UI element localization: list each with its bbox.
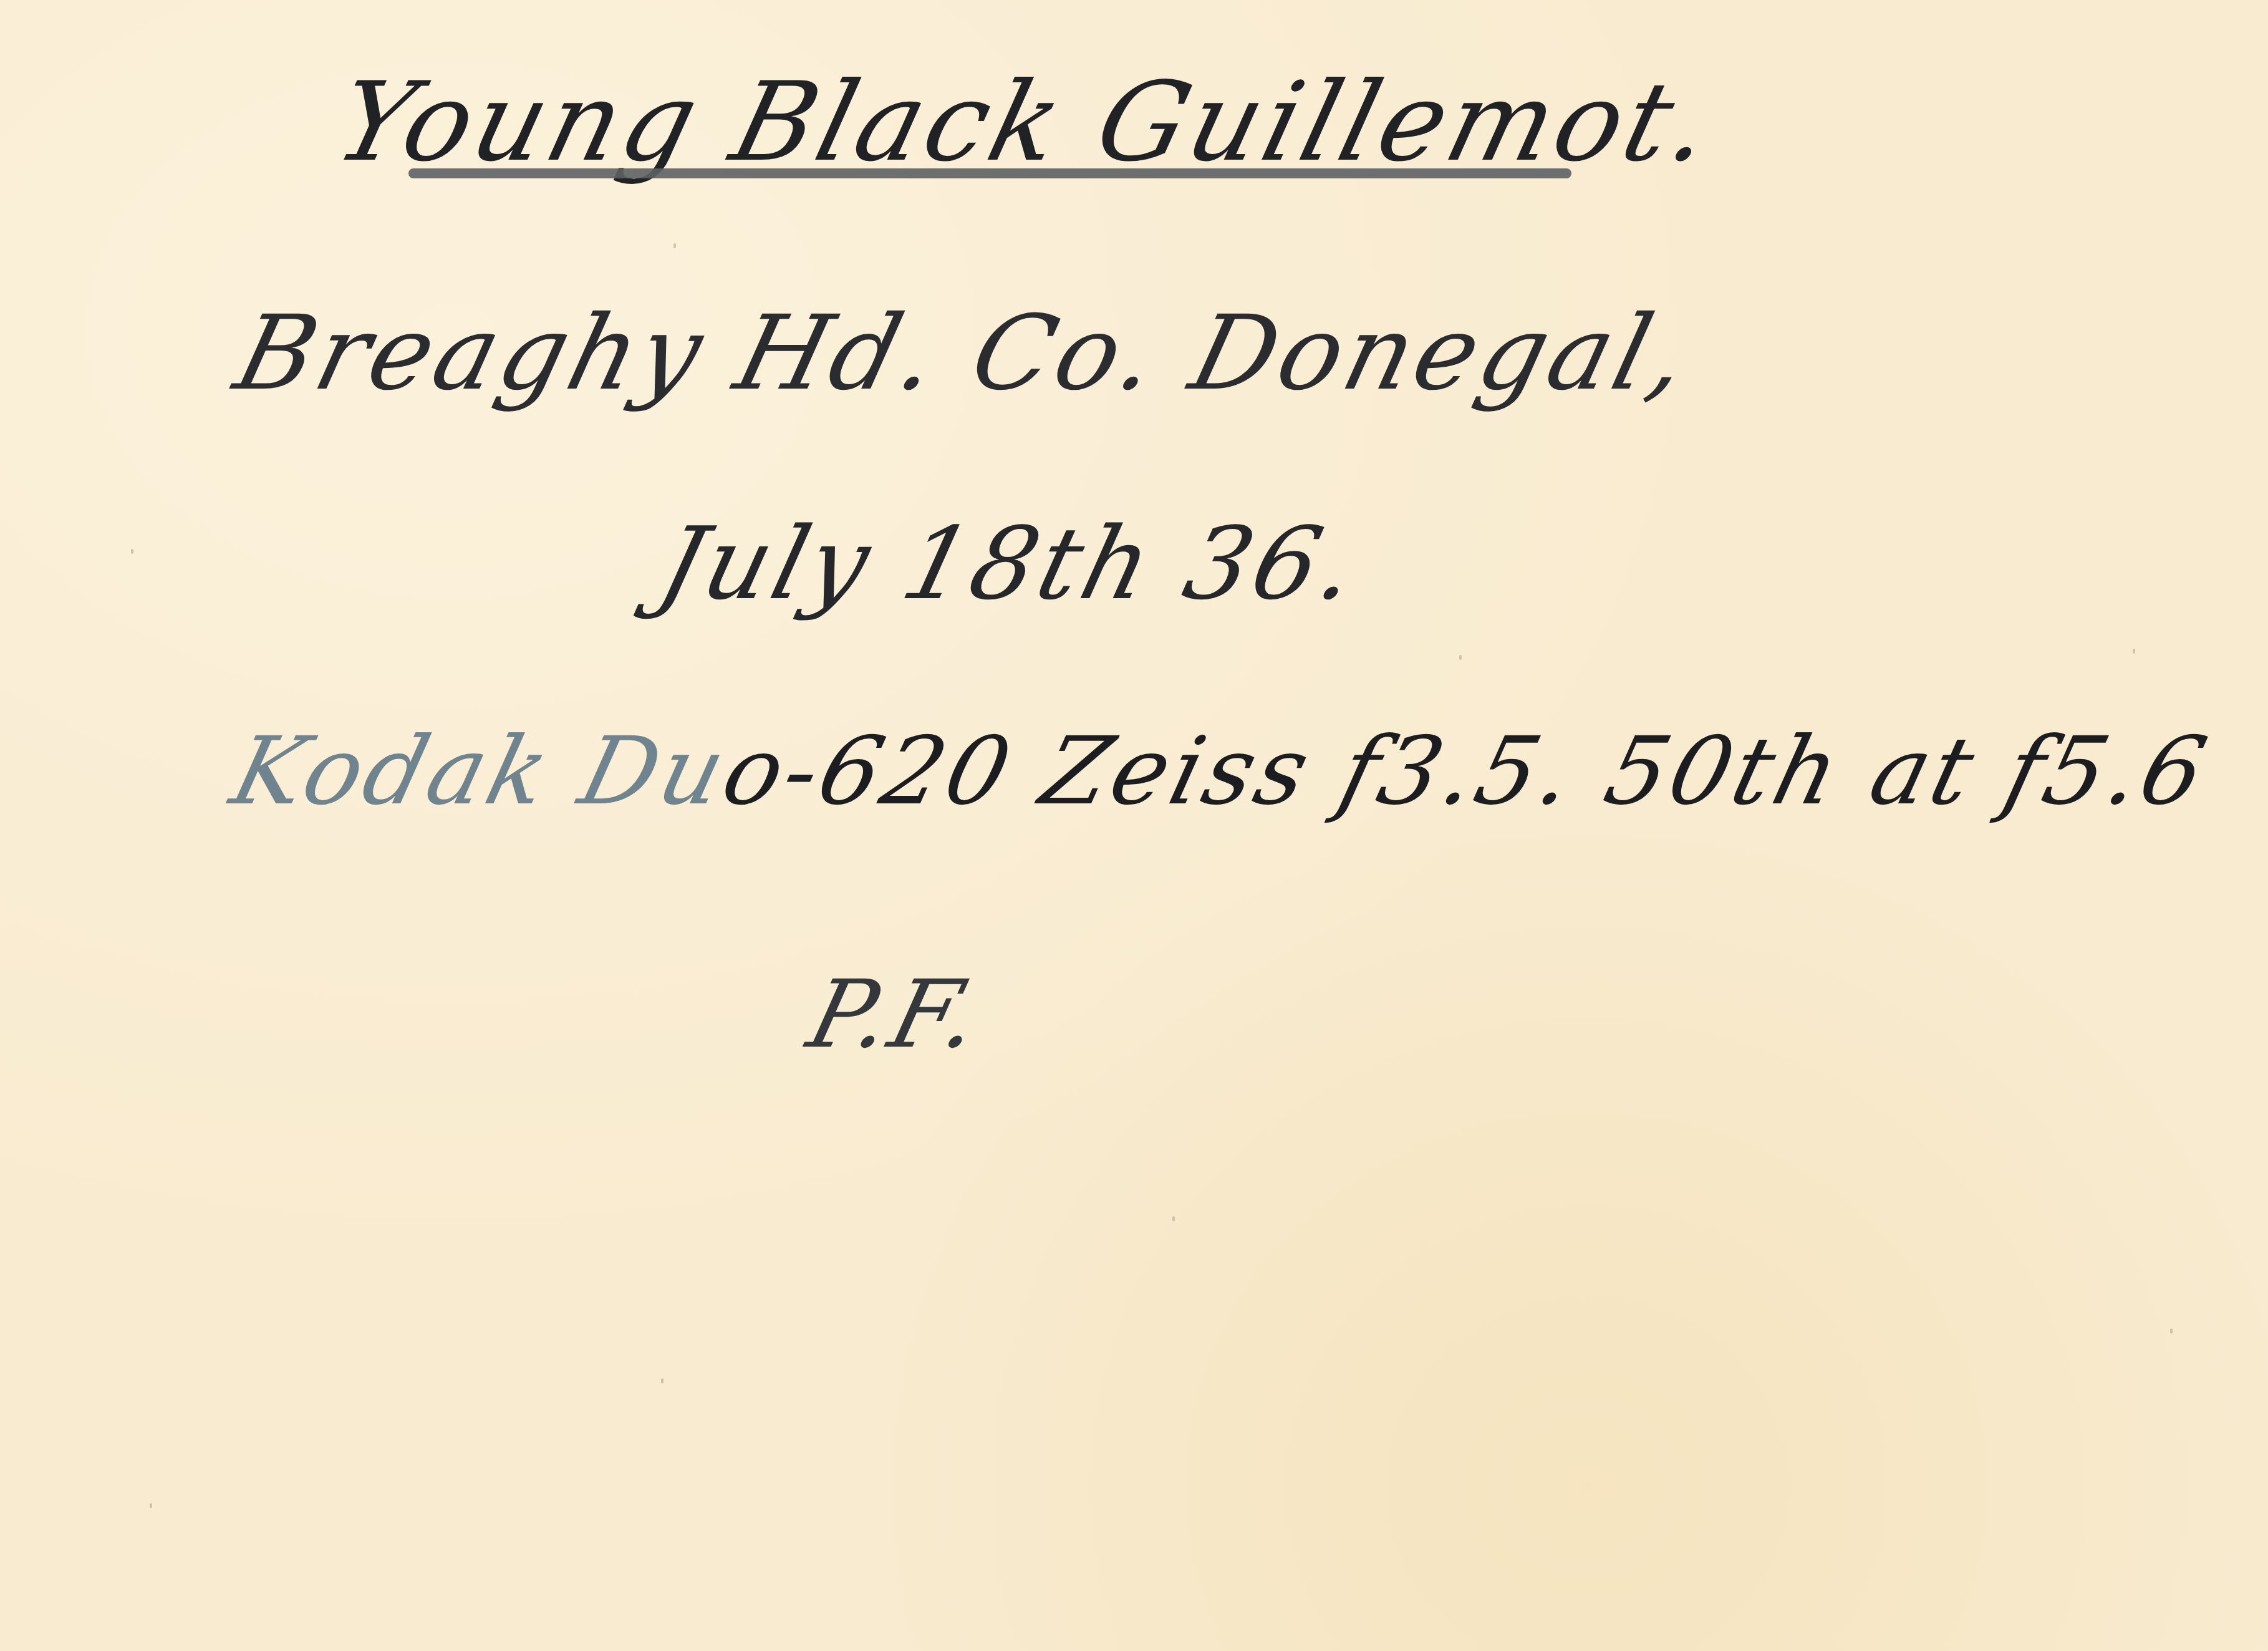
paper-speck (2133, 649, 2135, 654)
paper-speck (661, 1378, 664, 1383)
paper-speck (1459, 655, 1462, 660)
paper-speck (150, 1503, 152, 1508)
author-initials: P.F. (798, 961, 994, 1069)
date-line: July 18th 36. (649, 505, 1372, 622)
camera-name-faded: Kodak Du (221, 717, 740, 826)
paper-speck (131, 549, 133, 554)
card-title: Young Black Guillemot. (324, 59, 1728, 186)
location-line: Breaghy Hd. Co. Donegal, (224, 293, 1704, 413)
camera-details-line: Kodak Duo-620 Zeiss f3.5. 50th at f5.6 (221, 717, 2220, 826)
paper-speck (1172, 1216, 1175, 1221)
camera-settings: o-620 Zeiss f3.5. 50th at f5.6 (712, 717, 2219, 826)
title-underline (408, 168, 1571, 178)
paper-speck (2170, 1329, 2173, 1334)
paper-speck (673, 243, 676, 248)
note-card: Young Black Guillemot. Breaghy Hd. Co. D… (0, 0, 2268, 1651)
